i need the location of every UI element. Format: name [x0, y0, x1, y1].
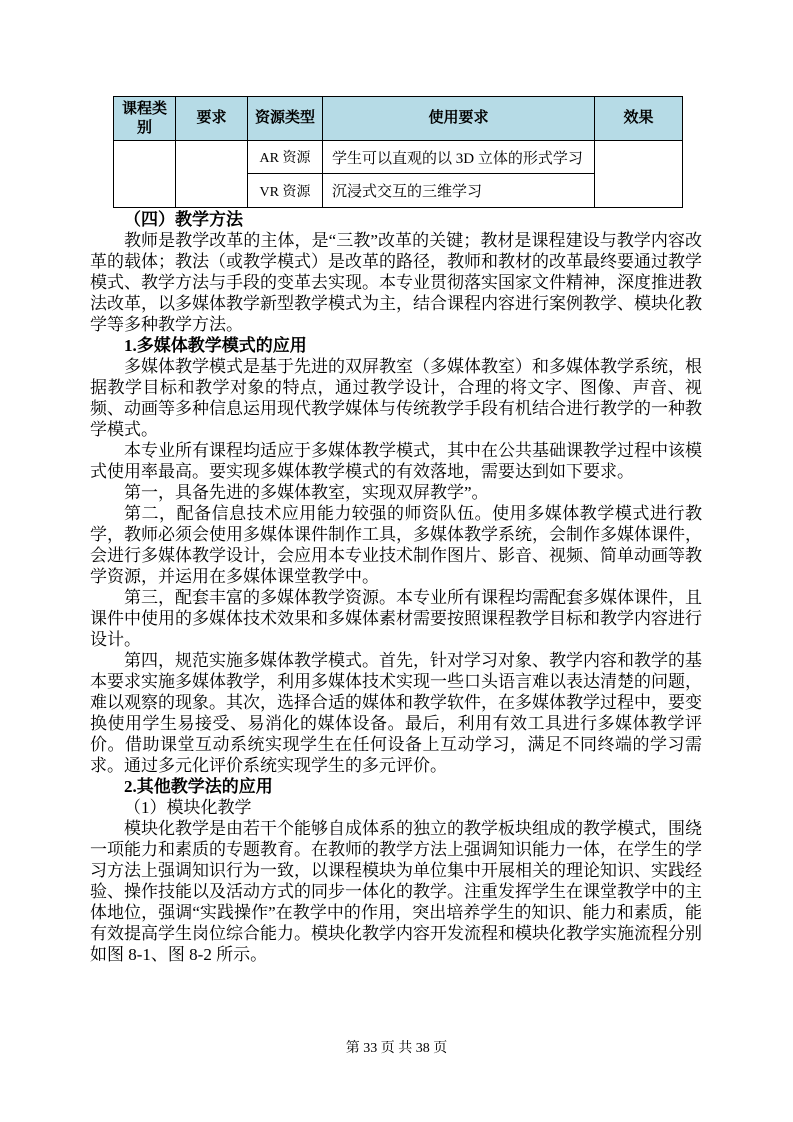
column-header-usage-requirement: 使用要求: [323, 97, 595, 141]
table-row: AR 资源 学生可以直观的以 3D 立体的形式学习: [114, 141, 683, 174]
section-heading: （四）教学方法: [90, 209, 702, 230]
column-header-course-type: 课程类别: [114, 97, 176, 141]
page-number-text: 第 33 页 共 38 页: [346, 1041, 448, 1056]
cell-requirement-empty: [176, 141, 248, 208]
cell-usage-requirement: 沉浸式交互的三维学习: [323, 174, 595, 208]
paragraph: 第一，具备先进的多媒体教室，实现双屏教学”。: [90, 482, 702, 503]
list-item-heading: （1）模块化教学: [90, 797, 702, 818]
document-page: 课程类别 要求 资源类型 使用要求 效果 AR 资源 学生可以直观的以 3D 立…: [0, 0, 793, 1122]
resource-requirements-table: 课程类别 要求 资源类型 使用要求 效果 AR 资源 学生可以直观的以 3D 立…: [113, 96, 683, 208]
paragraph: 模块化教学是由若干个能够自成体系的独立的教学板块组成的教学模式，围绕一项能力和素…: [90, 818, 702, 965]
sub-heading-multimedia: 1.多媒体教学模式的应用: [90, 335, 702, 356]
sub-heading-other-methods: 2.其他教学法的应用: [90, 776, 702, 797]
paragraph: 第三，配套丰富的多媒体教学资源。本专业所有课程均需配套多媒体课件，且课件中使用的…: [90, 587, 702, 650]
document-body: （四）教学方法 教师是教学改革的主体，是“三教”改革的关键；教材是课程建设与教学…: [90, 209, 702, 965]
paragraph: 第四，规范实施多媒体教学模式。首先，针对学习对象、教学内容和教学的基本要求实施多…: [90, 650, 702, 776]
cell-usage-requirement: 学生可以直观的以 3D 立体的形式学习: [323, 141, 595, 174]
paragraph: 本专业所有课程均适应于多媒体教学模式，其中在公共基础课教学过程中该模式使用率最高…: [90, 440, 702, 482]
paragraph: 第二，配备信息技术应用能力较强的师资队伍。使用多媒体教学模式进行教学，教师必须会…: [90, 503, 702, 587]
cell-effect-empty: [595, 141, 683, 208]
paragraph: 多媒体教学模式是基于先进的双屏教室（多媒体教室）和多媒体教学系统，根据教学目标和…: [90, 356, 702, 440]
table-header-row: 课程类别 要求 资源类型 使用要求 效果: [114, 97, 683, 141]
cell-resource-type: VR 资源: [248, 174, 323, 208]
column-header-resource-type: 资源类型: [248, 97, 323, 141]
page-footer: 第 33 页 共 38 页: [0, 1037, 793, 1057]
cell-course-type-empty: [114, 141, 176, 208]
paragraph: 教师是教学改革的主体，是“三教”改革的关键；教材是课程建设与教学内容改革的载体；…: [90, 230, 702, 335]
cell-resource-type: AR 资源: [248, 141, 323, 174]
column-header-requirement: 要求: [176, 97, 248, 141]
column-header-effect: 效果: [595, 97, 683, 141]
